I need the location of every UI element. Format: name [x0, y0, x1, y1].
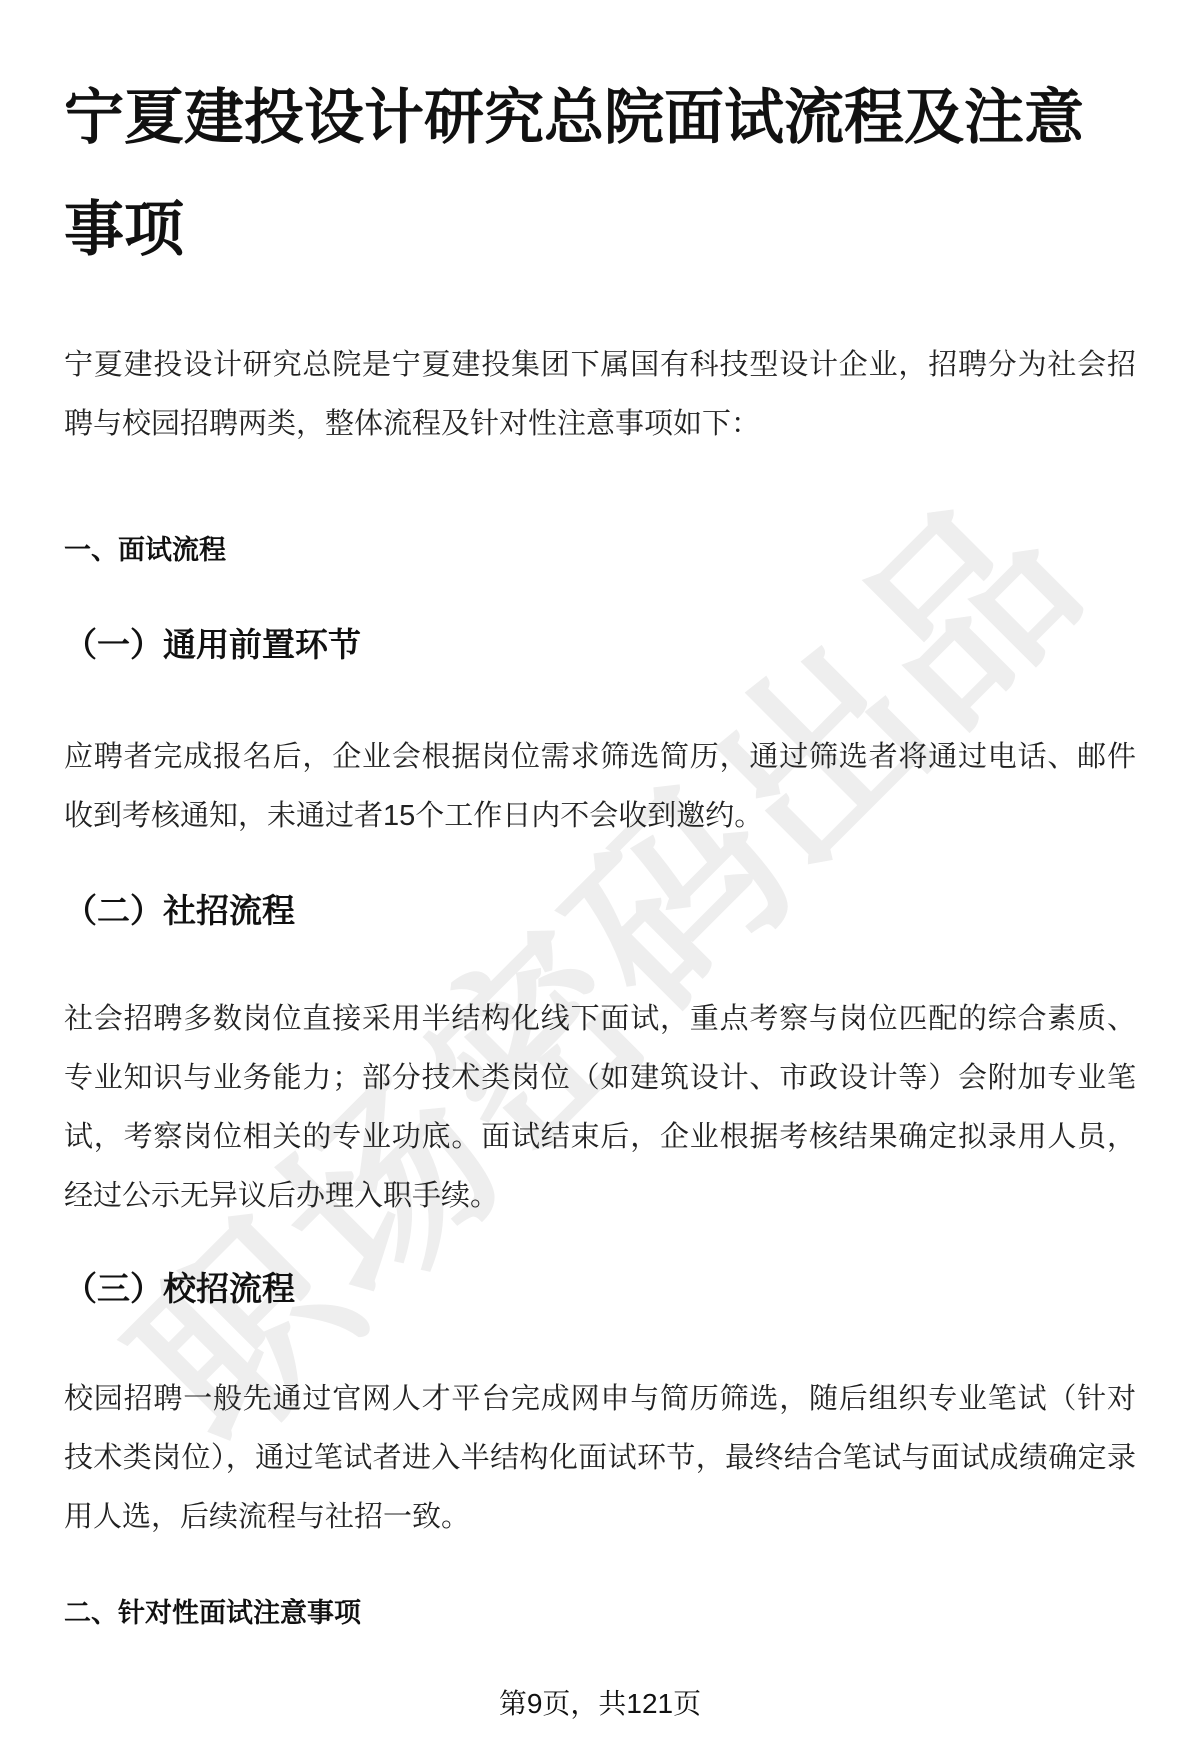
intro-paragraph: 宁夏建投设计研究总院是宁夏建投集团下属国有科技型设计企业，招聘分为社会招聘与校园…: [64, 336, 1136, 454]
subsection-heading-social-recruitment: （二）社招流程: [64, 886, 1136, 936]
paragraph-common-pre-steps: 应聘者完成报名后，企业会根据岗位需求筛选简历，通过筛选者将通过电话、邮件收到考核…: [64, 728, 1136, 846]
paragraph-campus-recruitment: 校园招聘一般先通过官网人才平台完成网申与简历筛选，随后组织专业笔试（针对技术类岗…: [64, 1370, 1136, 1547]
document-page: 宁夏建投设计研究总院面试流程及注意事项 宁夏建投设计研究总院是宁夏建投集团下属国…: [0, 62, 1200, 1633]
paragraph-social-recruitment: 社会招聘多数岗位直接采用半结构化线下面试，重点考察与岗位匹配的综合素质、专业知识…: [64, 990, 1136, 1226]
page-number: 第9页，共121页: [0, 1682, 1200, 1722]
section-heading-interview-process: 一、面试流程: [64, 530, 1136, 570]
section-heading-targeted-interview-notes: 二、针对性面试注意事项: [64, 1593, 1136, 1633]
subsection-heading-common-pre-steps: （一）通用前置环节: [64, 620, 1136, 670]
page-title: 宁夏建投设计研究总院面试流程及注意事项: [64, 62, 1136, 286]
subsection-heading-campus-recruitment: （三）校招流程: [64, 1264, 1136, 1314]
